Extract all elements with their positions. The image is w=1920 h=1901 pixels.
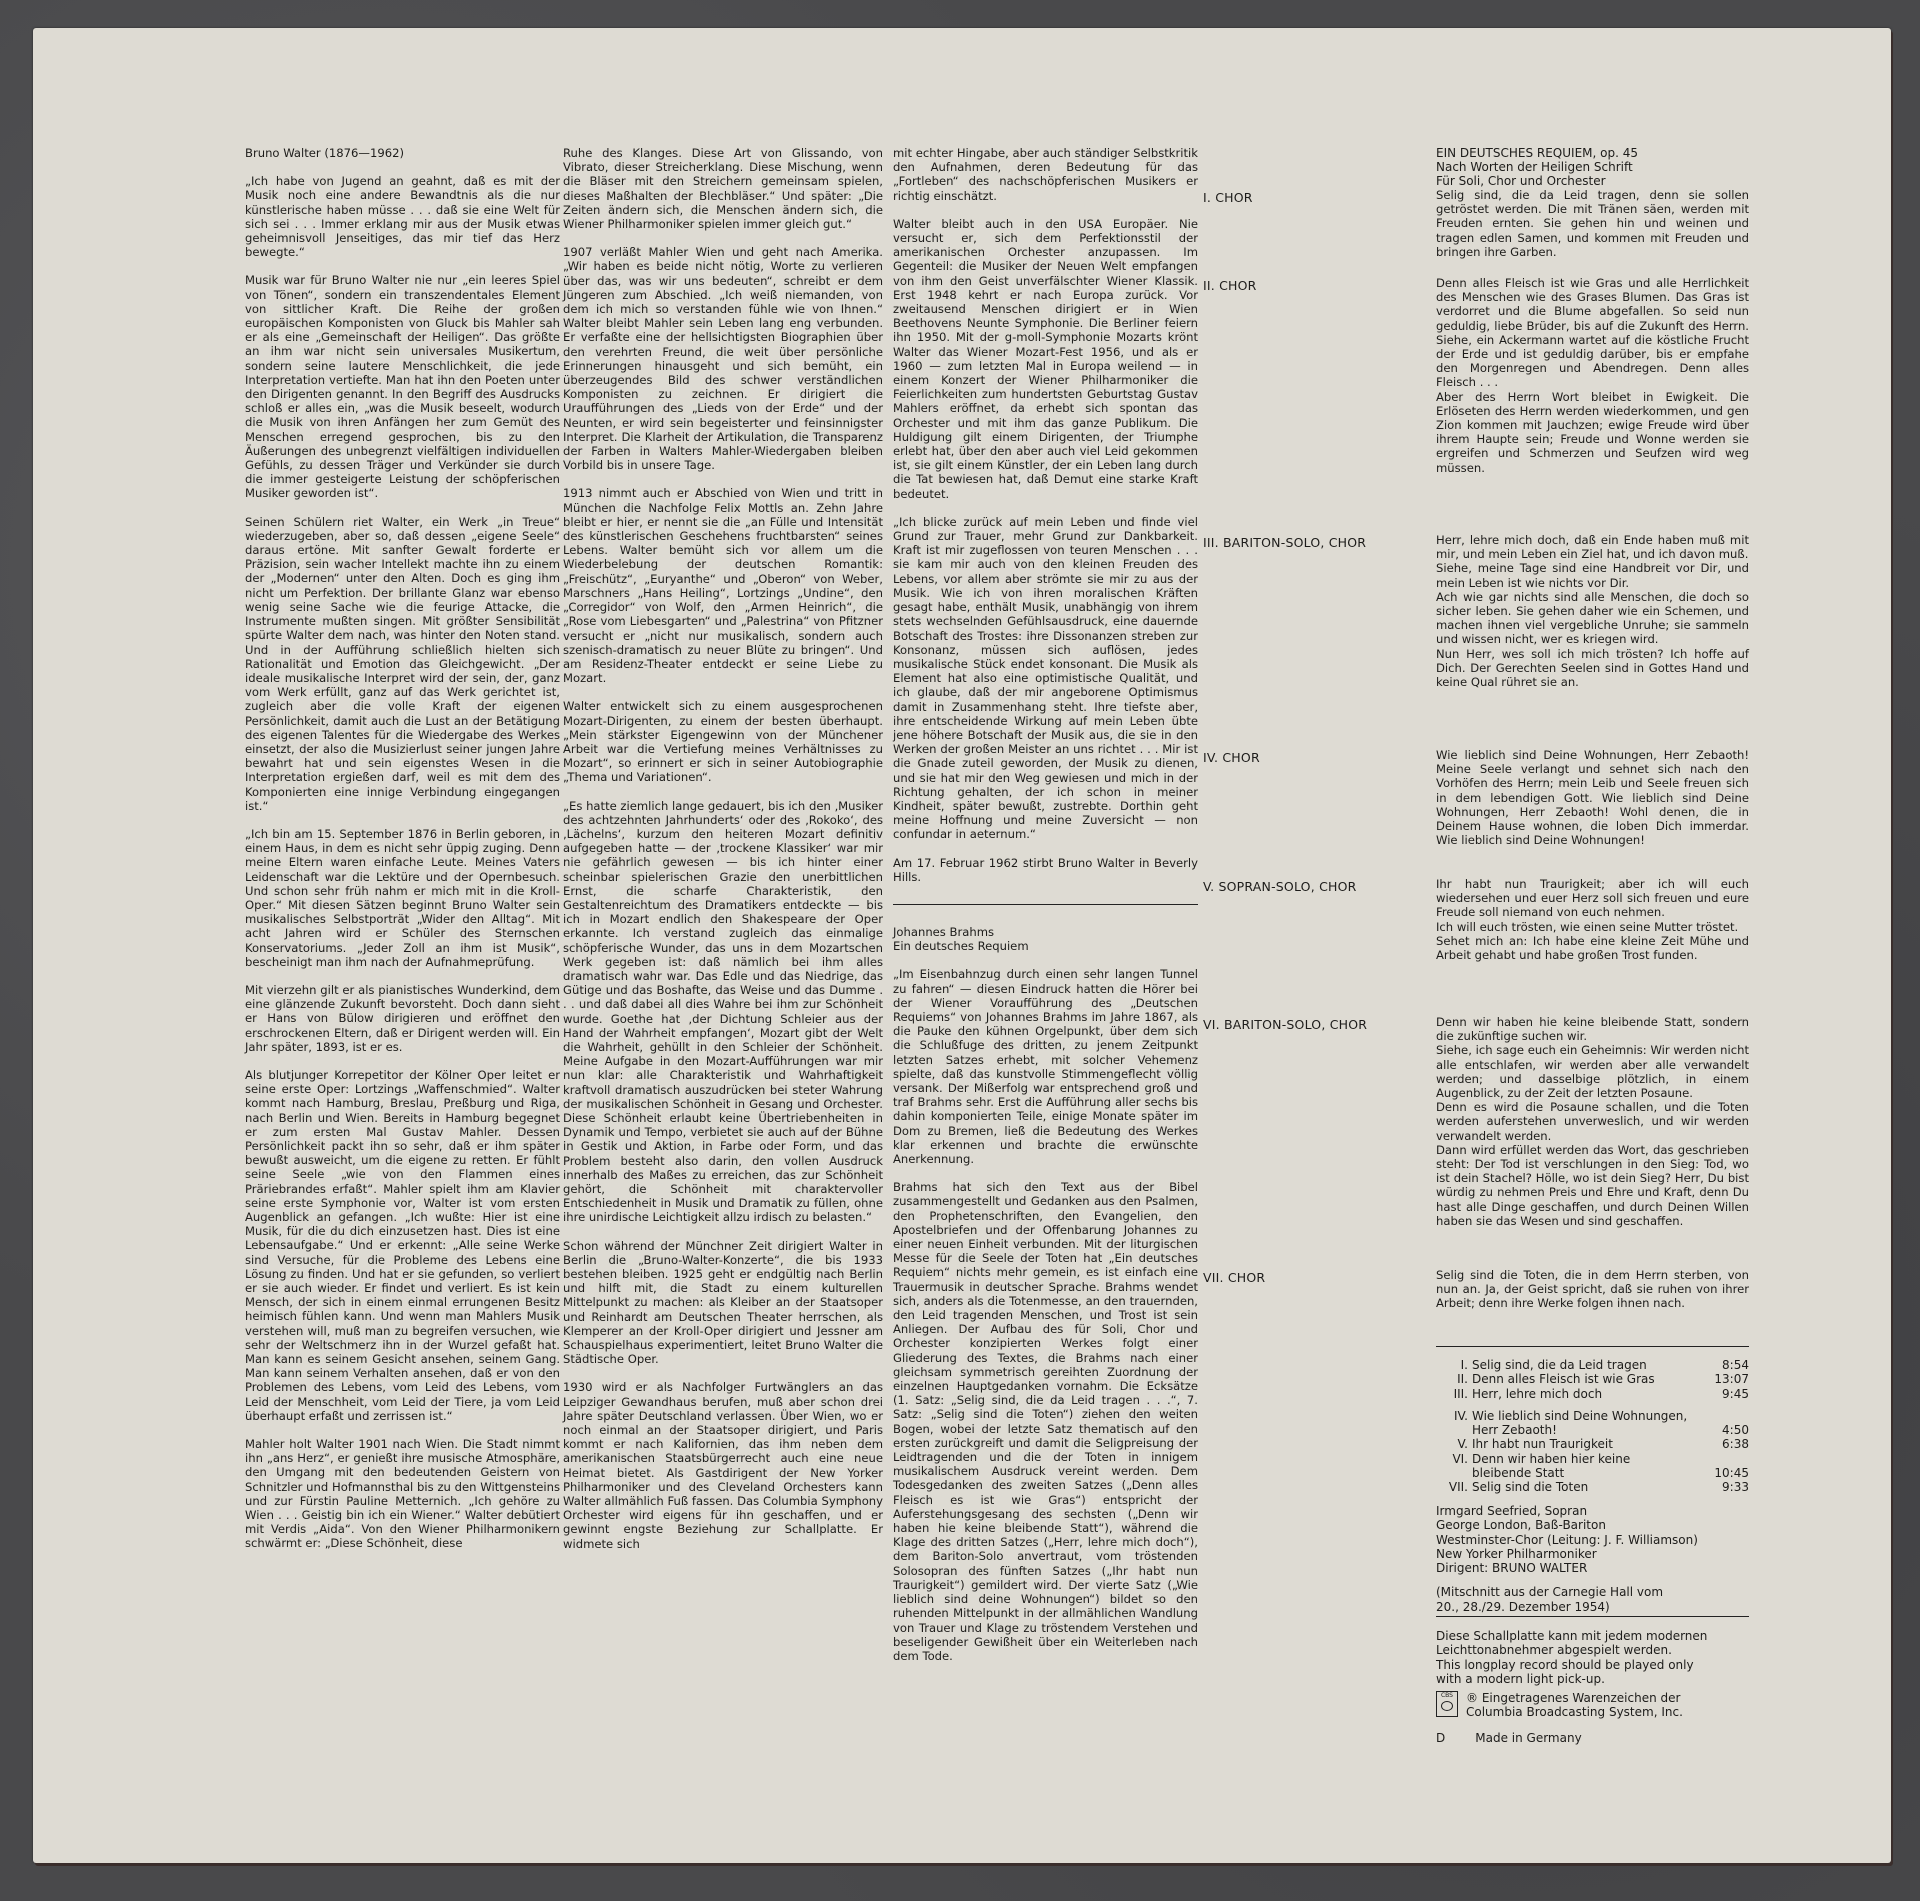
movement-text: Ihr habt nun Traurigkeit; aber ich will … (1436, 877, 1749, 962)
brahms-composer: Johannes Brahms (893, 925, 1198, 939)
verse: Siehe, meine Tage sind eine Handbreit vo… (1436, 561, 1749, 589)
movement-label: VII. CHOR (1203, 1270, 1265, 1285)
brahms-heading: Johannes Brahms Ein deutsches Requiem (893, 925, 1198, 953)
track-row: II.Denn alles Fleisch ist wie Gras13:07 (1436, 1372, 1749, 1386)
biography-column-3: mit echter Hingabe, aber auch ständiger … (893, 146, 1198, 1677)
brahms-work: Ein deutsches Requiem (893, 939, 1198, 953)
work-heading: EIN DEUTSCHES REQUIEM, op. 45 Nach Worte… (1436, 146, 1749, 189)
playback-note-en-1: This longplay record should be played on… (1436, 1658, 1749, 1672)
paragraph: „Ich blicke zurück auf mein Leben und fi… (893, 515, 1198, 842)
credit-conductor: Dirigent: BRUNO WALTER (1436, 1561, 1749, 1575)
verse: Denn es wird die Posaune schallen, und d… (1436, 1100, 1749, 1143)
track-row: VI.Denn wir haben hier keine (1436, 1452, 1749, 1466)
credit-orchestra: New Yorker Philharmoniker (1436, 1547, 1749, 1561)
verse: Selig sind die Toten, die in dem Herrn s… (1436, 1268, 1749, 1311)
paragraph: 1913 nimmt auch er Abschied von Wien und… (563, 486, 883, 685)
verse: Wie lieblich sind Deine Wohnungen, Herr … (1436, 748, 1749, 847)
track-row: I.Selig sind, die da Leid tragen8:54 (1436, 1358, 1749, 1372)
playback-note-en-2: with a modern light pick-up. (1436, 1672, 1749, 1686)
verse: Denn wir haben hie keine bleibende Statt… (1436, 1015, 1749, 1043)
paragraph: Schon während der Münchner Zeit dirigier… (563, 1239, 883, 1367)
paragraph: Musik war für Bruno Walter nie nur „ein … (245, 273, 560, 500)
biography-column-1: Bruno Walter (1876—1962) „Ich habe von J… (245, 146, 560, 1565)
work-subtitle: Nach Worten der Heiligen Schrift (1436, 160, 1749, 174)
paragraph: Als blutjunger Korrepetitor der Kölner O… (245, 1068, 560, 1423)
col3-paragraphs: mit echter Hingabe, aber auch ständiger … (893, 146, 1198, 884)
trademark-line-2: Columbia Broadcasting System, Inc. (1466, 1705, 1683, 1719)
cbs-logo-text: CBS (1441, 1692, 1453, 1699)
movement-text: Herr, lehre mich doch, daß ein Ende habe… (1436, 533, 1749, 689)
paragraph: Brahms hat sich den Text aus der Bibel z… (893, 1180, 1198, 1663)
movement-text: Denn alles Fleisch ist wie Gras und alle… (1436, 276, 1749, 475)
movement-label: II. CHOR (1203, 278, 1257, 293)
movement-label: I. CHOR (1203, 190, 1253, 205)
paragraph: Walter bleibt auch in den USA Europäer. … (893, 217, 1198, 501)
paragraph: Ruhe des Klanges. Diese Art von Glissand… (563, 146, 883, 231)
verse: Aber des Herrn Wort bleibet in Ewigkeit.… (1436, 390, 1749, 475)
paragraph: mit echter Hingabe, aber auch ständiger … (893, 146, 1198, 203)
paragraph: „Ich habe von Jugend an geahnt, daß es m… (245, 174, 560, 259)
track-list: I.Selig sind, die da Leid tragen8:54II.D… (1436, 1358, 1749, 1495)
track-row-continued: bleibende Statt10:45 (1436, 1466, 1749, 1480)
paragraph: 1930 wird er als Nachfolger Furtwänglers… (563, 1380, 883, 1550)
col1-paragraphs: „Ich habe von Jugend an geahnt, daß es m… (245, 174, 560, 1550)
country-code: D (1436, 1731, 1445, 1745)
performer-credits: Irmgard Seefried, Sopran George London, … (1436, 1504, 1749, 1614)
brahms-paragraphs: „Im Eisenbahnzug durch einen sehr langen… (893, 967, 1198, 1663)
track-row: V.Ihr habt nun Traurigkeit6:38 (1436, 1437, 1749, 1451)
biography-title: Bruno Walter (1876—1962) (245, 146, 560, 160)
verse: Herr, lehre mich doch, daß ein Ende habe… (1436, 533, 1749, 561)
track-row: III.Herr, lehre mich doch9:45 (1436, 1387, 1749, 1401)
movement-label: IV. CHOR (1203, 750, 1260, 765)
recording-date: 20., 28./29. Dezember 1954) (1436, 1600, 1749, 1614)
verse: Ich will euch trösten, wie einen seine M… (1436, 920, 1749, 934)
credit-soprano: Irmgard Seefried, Sopran (1436, 1504, 1749, 1518)
playback-note: Diese Schallplatte kann mit jedem modern… (1436, 1629, 1749, 1686)
movement-text: Denn wir haben hie keine bleibende Statt… (1436, 1015, 1749, 1228)
verse: Ach wie gar nichts sind alle Menschen, d… (1436, 590, 1749, 647)
paragraph: 1907 verläßt Mahler Wien und geht nach A… (563, 245, 883, 472)
verse: Sehet mich an: Ich habe eine kleine Zeit… (1436, 934, 1749, 962)
origin-line: D Made in Germany (1436, 1731, 1582, 1745)
movement-text: Selig sind, die da Leid tragen, denn sie… (1436, 188, 1749, 259)
track-row: IV.Wie lieblich sind Deine Wohnungen, (1436, 1409, 1749, 1423)
section-divider (893, 904, 1198, 905)
playback-note-de-2: Leichttonabnehmer abgespielt werden. (1436, 1643, 1749, 1657)
movement-label: VI. BARITON-SOLO, CHOR (1203, 1017, 1367, 1032)
movement-text: Selig sind die Toten, die in dem Herrn s… (1436, 1268, 1749, 1311)
paragraph: „Ich bin am 15. September 1876 in Berlin… (245, 827, 560, 969)
credit-choir: Westminster-Chor (Leitung: J. F. William… (1436, 1533, 1749, 1547)
paragraph: Mit vierzehn gilt er als pianistisches W… (245, 983, 560, 1054)
verse: Denn alles Fleisch ist wie Gras und alle… (1436, 276, 1749, 390)
trademark-block: CBS ® Eingetragenes Warenzeichen der Col… (1436, 1691, 1683, 1720)
made-in-label: Made in Germany (1475, 1731, 1581, 1745)
libretto-column: EIN DEUTSCHES REQUIEM, op. 45 Nach Worte… (1436, 146, 1749, 189)
paragraph: Seinen Schülern riet Walter, ein Werk „i… (245, 515, 560, 813)
playback-note-de-1: Diese Schallplatte kann mit jedem modern… (1436, 1629, 1749, 1643)
tracklist-divider (1436, 1346, 1749, 1347)
trademark-line-1: ® Eingetragenes Warenzeichen der (1466, 1691, 1683, 1705)
verse: Selig sind, die da Leid tragen, denn sie… (1436, 188, 1749, 259)
work-title: EIN DEUTSCHES REQUIEM, op. 45 (1436, 146, 1749, 160)
recording-note: (Mitschnitt aus der Carnegie Hall vom (1436, 1585, 1749, 1599)
track-row: VII.Selig sind die Toten9:33 (1436, 1480, 1749, 1494)
verse: Dann wird erfüllet werden das Wort, das … (1436, 1143, 1749, 1228)
movement-label: III. BARITON-SOLO, CHOR (1203, 535, 1366, 550)
paragraph: Walter entwickelt sich zu einem ausgespr… (563, 699, 883, 784)
movement-text: Wie lieblich sind Deine Wohnungen, Herr … (1436, 748, 1749, 847)
credit-bass-baritone: George London, Baß-Bariton (1436, 1518, 1749, 1532)
cbs-logo-icon: CBS (1436, 1691, 1458, 1717)
movement-label: V. SOPRAN-SOLO, CHOR (1203, 879, 1357, 894)
work-scoring: Für Soli, Chor und Orchester (1436, 174, 1749, 188)
verse: Ihr habt nun Traurigkeit; aber ich will … (1436, 877, 1749, 920)
col2-paragraphs: Ruhe des Klanges. Diese Art von Glissand… (563, 146, 883, 1551)
paragraph: „Im Eisenbahnzug durch einen sehr langen… (893, 967, 1198, 1166)
track-row-continued: Herr Zebaoth!4:50 (1436, 1423, 1749, 1437)
verse: Nun Herr, wes soll ich mich trösten? Ich… (1436, 647, 1749, 690)
record-sleeve-back: Bruno Walter (1876—1962) „Ich habe von J… (33, 28, 1891, 1863)
paragraph: Mahler holt Walter 1901 nach Wien. Die S… (245, 1437, 560, 1551)
biography-column-2: Ruhe des Klanges. Diese Art von Glissand… (563, 146, 883, 1565)
verse: Siehe, ich sage euch ein Geheimnis: Wir … (1436, 1043, 1749, 1100)
notes-divider (1436, 1616, 1749, 1617)
paragraph: „Es hatte ziemlich lange gedauert, bis i… (563, 799, 883, 1225)
paragraph: Am 17. Februar 1962 stirbt Bruno Walter … (893, 856, 1198, 884)
